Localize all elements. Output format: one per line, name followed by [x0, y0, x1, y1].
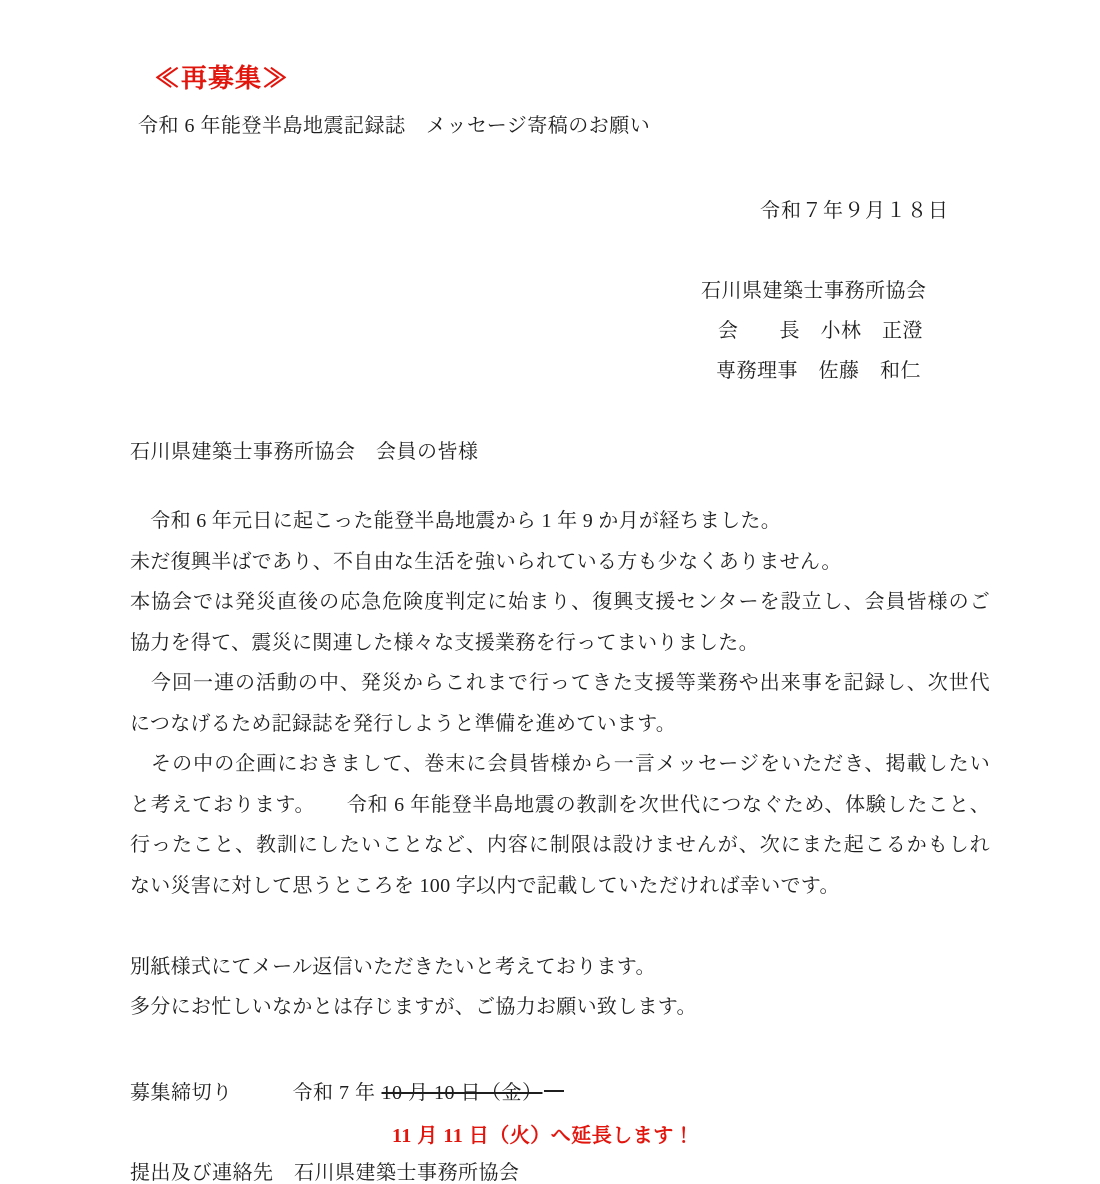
body-line: ない災害に対して思うところを 100 字以内で記載していただければ幸いです。 [130, 866, 990, 907]
body-line: 協力を得て、震災に関連した様々な支援業務を行ってまいりました。 [130, 623, 990, 664]
deadline-old-date-struck: 10 月 10 日（金） [382, 1082, 543, 1104]
deadline-year: 令和 7 年 [293, 1082, 376, 1104]
body-blank-line [130, 906, 990, 947]
signature-president: 会 長 小林 正澄 [718, 314, 923, 343]
reposting-title: ≪再募集≫ [154, 58, 289, 95]
document-page: ≪再募集≫ 令和 6 年能登半島地震記録誌 メッセージ寄稿のお願い 令和７年９月… [0, 0, 1100, 1184]
deadline-extension-notice: 11 月 11 日（火）へ延長します！ [392, 1119, 694, 1148]
body-line: 本協会では発災直後の応急危険度判定に始まり、復興支援センターを設立し、会員皆様の… [130, 582, 990, 623]
signature-organization: 石川県建築士事務所協会 [701, 274, 927, 303]
body-line: と考えております。 令和 6 年能登半島地震の教訓を次世代につなぐため、体験した… [130, 785, 990, 826]
addressee-line: 石川県建築士事務所協会 会員の皆様 [130, 435, 479, 464]
deadline-line: 募集締切り令和 7 年10 月 10 日（金） [130, 1076, 564, 1105]
body-line: その中の企画におきまして、巻末に会員皆様から一言メッセージをいただき、掲載したい [130, 744, 990, 785]
body-line: 未だ復興半ばであり、不自由な生活を強いられている方も少なくありません。 [130, 542, 990, 583]
strikethrough-extension-line [544, 1090, 564, 1092]
body-line: 令和 6 年元日に起こった能登半島地震から 1 年 9 か月が経ちました。 [130, 501, 990, 542]
signature-executive-director: 専務理事 佐藤 和仁 [716, 354, 921, 383]
deadline-label: 募集締切り [130, 1082, 233, 1104]
document-date: 令和７年９月１８日 [760, 194, 949, 223]
document-subtitle: 令和 6 年能登半島地震記録誌 メッセージ寄稿のお願い [138, 109, 650, 138]
body-line: につなげるため記録誌を発行しようと準備を進めています。 [130, 704, 990, 745]
contact-line: 提出及び連絡先 石川県建築士事務所協会 [130, 1156, 520, 1184]
body-line: 別紙様式にてメール返信いただきたいと考えております。 [130, 947, 990, 988]
body-line: 行ったこと、教訓にしたいことなど、内容に制限は設けませんが、次にまた起こるかもし… [130, 825, 990, 866]
body-line: 今回一連の活動の中、発災からこれまで行ってきた支援等業務や出来事を記録し、次世代 [130, 663, 990, 704]
body-line: 多分にお忙しいなかとは存じますが、ご協力お願い致します。 [130, 987, 990, 1028]
body-text: 令和 6 年元日に起こった能登半島地震から 1 年 9 か月が経ちました。 未だ… [130, 501, 990, 1028]
